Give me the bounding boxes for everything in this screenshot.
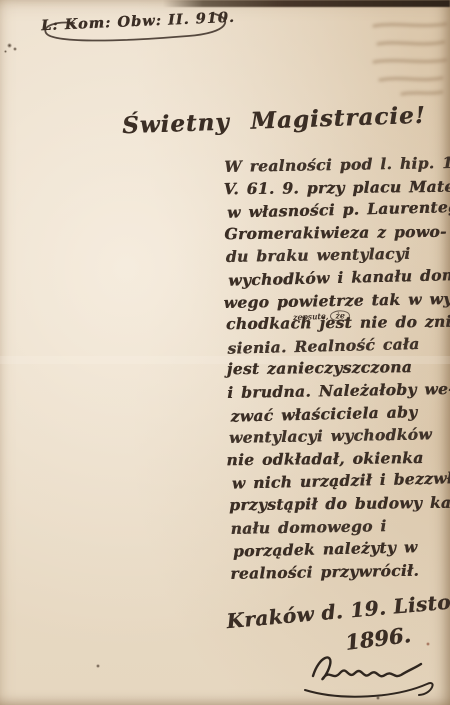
ink-speck bbox=[7, 43, 12, 48]
ink-speck bbox=[13, 47, 17, 51]
interlinear-word: zepsute, bbox=[293, 312, 329, 322]
salutation: Świetny Magistracie! bbox=[122, 102, 427, 140]
ink-speck bbox=[124, 119, 128, 124]
handwritten-line: W realności pod l. hip. 116 dz. bbox=[223, 152, 449, 179]
ink-speck bbox=[376, 696, 380, 700]
ink-speck bbox=[96, 664, 100, 668]
interlinear-insertion: zepsute,że bbox=[293, 311, 350, 322]
body-text: W realności pod l. hip. 116 dz.V. 61. 9.… bbox=[223, 152, 450, 585]
ink-speck bbox=[426, 642, 430, 646]
handwritten-line: wentylacyi wychodków bbox=[228, 423, 450, 450]
signature-flourish bbox=[297, 646, 445, 702]
handwritten-line: Gromerakiwieza z powo- bbox=[224, 221, 450, 246]
ink-bleed-through bbox=[372, 14, 450, 99]
scanned-letter-page: L: Kom: Obw: II. 910. Świetny Magistraci… bbox=[0, 0, 450, 705]
ink-speck bbox=[4, 50, 7, 53]
place-and-date: Kraków d. 19. Listopada bbox=[225, 585, 450, 633]
handwritten-line: realności przywrócił. bbox=[230, 559, 450, 586]
interlinear-circled-word: że bbox=[330, 310, 350, 322]
handwritten-line: przystąpił do budowy ka- bbox=[229, 492, 450, 517]
handwritten-line: jest zanieczyszczona bbox=[227, 356, 450, 381]
